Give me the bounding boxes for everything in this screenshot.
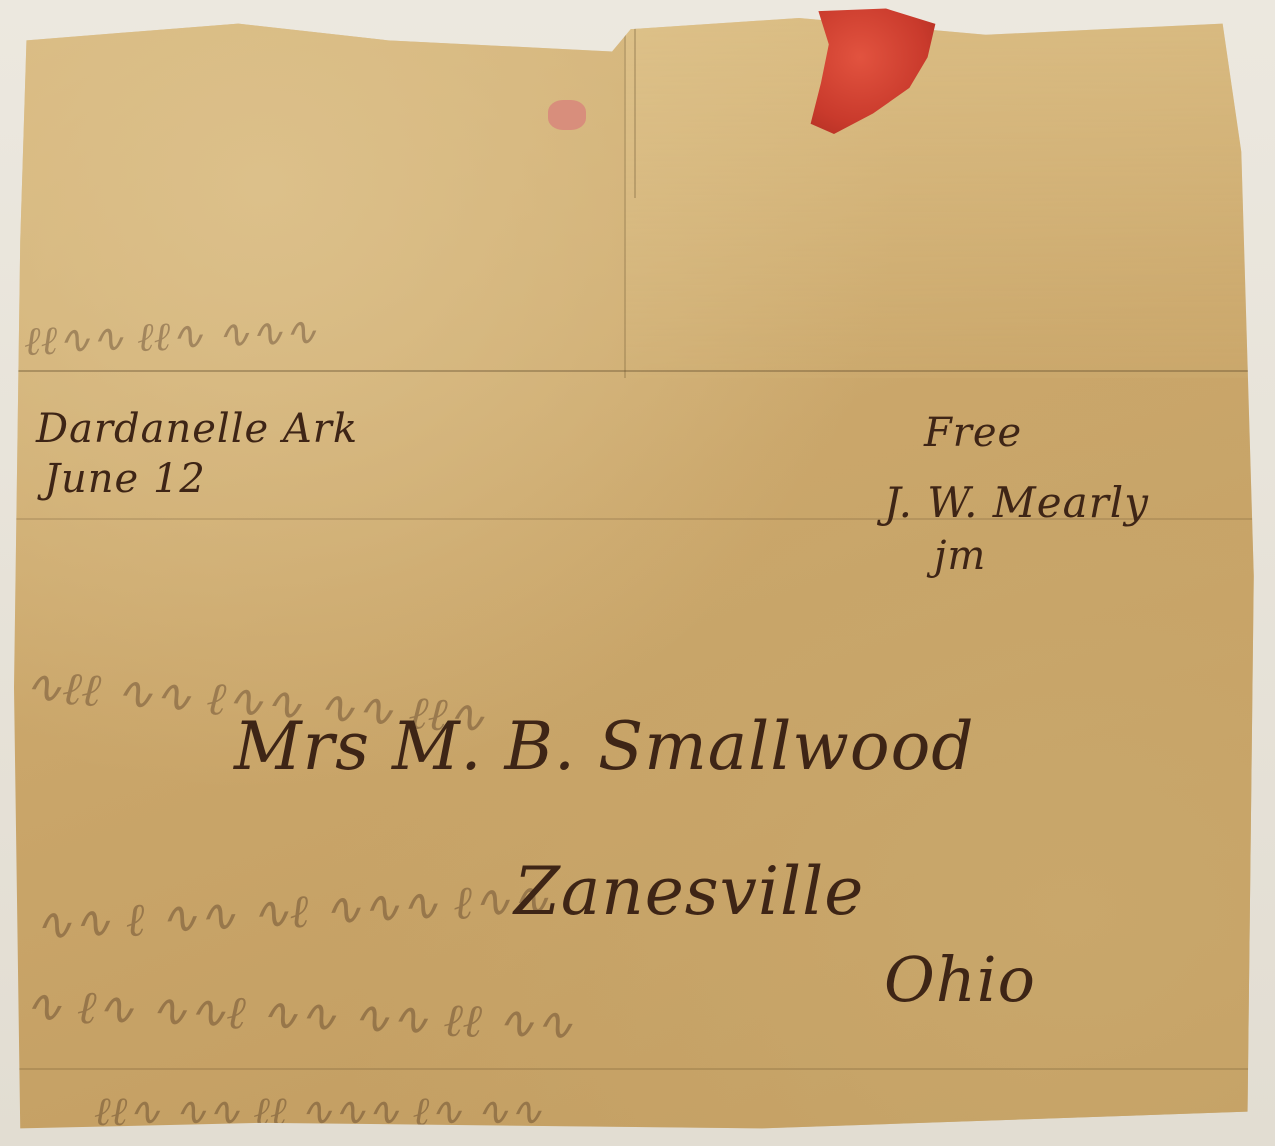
fold-line-vertical xyxy=(634,18,636,198)
bleed-through-text: ℓℓ∿∿ ℓℓ∿ ∿∿∿ xyxy=(23,308,318,365)
frank-initials: jm xyxy=(934,533,986,579)
dateline-date: June 12 xyxy=(44,456,206,502)
bleed-through-text: ∿ ℓ∿ ∿∿ℓ ∿∿ ∿∿ ℓℓ ∿∿ xyxy=(23,978,574,1051)
address-recipient: Mrs M. B. Smallwood xyxy=(234,708,975,785)
envelope: ℓℓ∿∿ ℓℓ∿ ∿∿∿ ∿ℓℓ ∿∿ ℓ∿∿ ∿∿ ℓℓ∿ ∿∿ ℓ ∿∿ ∿… xyxy=(14,18,1260,1134)
frank-free: Free xyxy=(924,410,1022,456)
fold-line-upper xyxy=(14,370,1260,372)
address-state: Ohio xyxy=(884,943,1036,1016)
wax-seal-fragment xyxy=(548,100,586,130)
address-city: Zanesville xyxy=(514,853,864,930)
frank-signature: J. W. Mearly xyxy=(884,478,1149,527)
torn-flap xyxy=(624,18,1266,378)
fold-line-lower xyxy=(14,1068,1260,1070)
bleed-through-text: ∿∿ ℓ ∿∿ ∿ℓ ∿∿∿ ℓ∿∿ xyxy=(33,871,551,952)
dateline-place: Dardanelle Ark xyxy=(36,406,358,452)
